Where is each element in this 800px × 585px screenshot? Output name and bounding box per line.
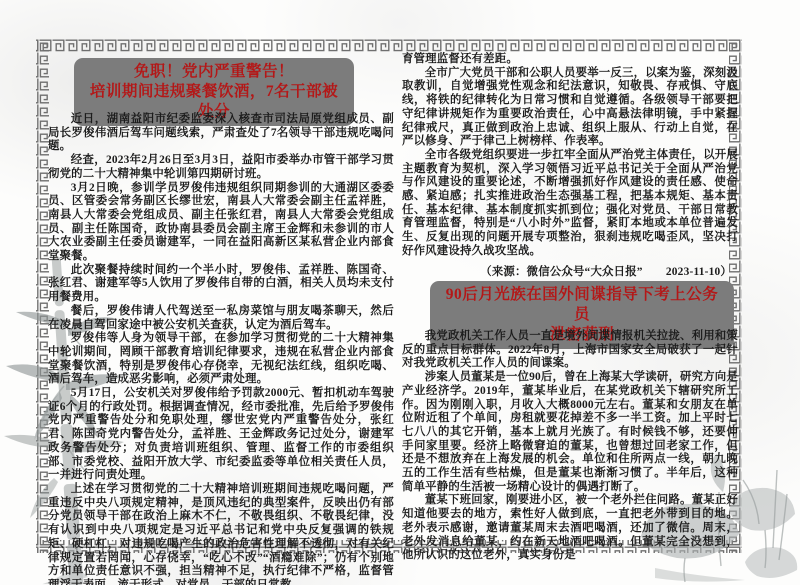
article2-paragraph: 涉案人员董某是一位90后，曾在上海某大学读研，研究方向是产业经济学。2019年，… [402, 371, 738, 494]
article1-paragraph: 餐后，罗俊伟请人代驾送至一私房菜馆与朋友喝茶聊天，然后在凌晨自驾回家途中被公安机… [48, 305, 394, 332]
right-column-top: 育管理监督还有差距。 全市广大党员干部和公职人员要举一反三，以案为鉴，深刻汲取教… [402, 53, 738, 279]
left-column: 近日，湖南益阳市纪委监委深入核查市司法局原党组成员、副局长罗俊伟酒后驾车问题线索… [48, 113, 394, 543]
article1-paragraph: 罗俊伟等人身为领导干部，在参加学习贯彻党的二十大精神集中轮训期间，罔顾干部教育培… [48, 332, 394, 387]
article1-paragraph: 上述在学习贯彻党的二十大精神培训班期间违规吃喝问题，严重违反中央八项规定精神，是… [48, 483, 394, 585]
newsletter-page: 免职！党内严重警告！ 培训期间违规聚餐饮酒，7名干部被处分 近日，湖南益阳市纪委… [0, 0, 800, 585]
article1-continuation: 育管理监督还有差距。 [402, 53, 738, 67]
article2-paragraph: 董某下班回家，刚要进小区，被一个老外拦住问路。董某正好知道他要去的地方，索性好人… [402, 494, 738, 563]
article1-paragraph: 此次聚餐持续时间约一个半小时，罗俊伟、孟祥胜、陈国奇、张红君、谢建军等5人饮用了… [48, 264, 394, 305]
article1-paragraph: 近日，湖南益阳市纪委监委深入核查市司法局原党组成员、副局长罗俊伟酒后驾车问题线索… [48, 113, 394, 154]
article1-paragraph: 5月17日，公安机关对罗俊伟给予罚款2000元、暂扣机动车驾驶证6个月的行政处罚… [48, 387, 394, 483]
article1-paragraph: 经查，2023年2月26日至3月3日，益阳市委举办市管干部学习贯彻党的二十大精神… [48, 154, 394, 181]
right-column-bottom: 我党政机关工作人员一直是境外间谍情报机关拉拢、利用和策反的重点目标群体。2022… [402, 330, 738, 544]
article2-paragraph: 我党政机关工作人员一直是境外间谍情报机关拉拢、利用和策反的重点目标群体。2022… [402, 330, 738, 371]
article1-paragraph: 3月2日晚，参训学员罗俊伟违规组织同期参训的大通湖区委委员、区管委会常务副区长缪… [48, 182, 394, 264]
article1-headline-line1: 免职！党内严重警告！ [82, 62, 346, 82]
article2-headline-line1: 90后月光族在国外间谍指导下考上公务员 [438, 285, 726, 325]
article1-paragraph: 全市各级党组织要进一步扛牢全面从严治党主体责任，以开展主题教育为契机，深入学习领… [402, 149, 738, 259]
article1-source: （来源：微信公众号“大众日报” 2023-11-10） [402, 266, 738, 280]
article1-paragraph: 全市广大党员干部和公职人员要举一反三，以案为鉴，深刻汲取教训，自觉增强党性观念和… [402, 67, 738, 149]
